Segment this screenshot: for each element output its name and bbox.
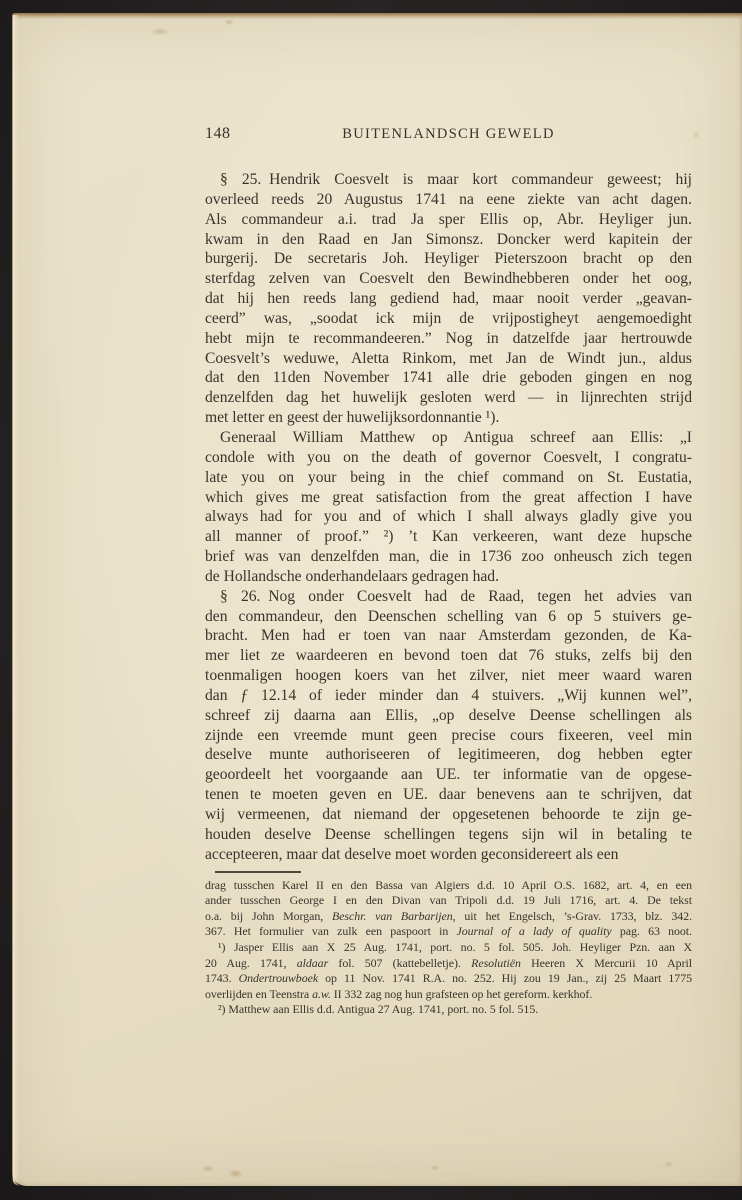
body-text-line: toenmaligen hoogen koers van het zilver,… (205, 666, 692, 686)
text-segment: op 11 Nov. 1741 R.A. no. 252. Hij zou 19… (318, 971, 692, 985)
text-segment: ¹) Jasper Ellis aan X 25 Aug. 1741, port… (218, 940, 692, 954)
footnote-line: ¹) Jasper Ellis aan X 25 Aug. 1741, port… (205, 940, 692, 956)
text-segment: mer liet ze waardeeren en bevond toen da… (205, 647, 692, 664)
text-segment: burgerij. De secretaris Joh. Heyliger Pi… (205, 250, 692, 267)
footnote-separator-rule (215, 871, 301, 873)
body-text-line: brief was van denzelfden man, die in 173… (205, 547, 692, 567)
text-segment: schreef zij daarna aan Ellis, „op deselv… (205, 707, 692, 724)
italic-text: Journal of a lady of quality (457, 924, 612, 938)
text-segment: which gives me great satisfaction from t… (205, 489, 692, 506)
body-text-line: dat hij hen reeds lang gediend had, maar… (205, 289, 692, 309)
text-segment: late you on your being in the chief comm… (205, 469, 692, 486)
body-text-line: § 25. Hendrik Coesvelt is maar kort comm… (205, 170, 692, 190)
body-text-line: houden deselve Deense schellingen tegens… (205, 825, 692, 845)
body-text-line: condole with you on the death of governo… (205, 448, 692, 468)
italic-text: Beschr. van Barbarijen (332, 909, 453, 923)
text-segment: den commandeur, den Deenschen schelling … (205, 608, 692, 625)
running-header-title: BUITENLANDSCH GEWELD (205, 125, 692, 144)
body-text-line: hebt mijn te recommandeeren.” Nog in dat… (205, 329, 692, 349)
body-text-line: all manner of proof.” ²) ’t Kan verkeere… (205, 527, 692, 547)
text-segment: § 25. Hendrik Coesvelt is maar kort comm… (220, 171, 692, 188)
body-text-line: which gives me great satisfaction from t… (205, 488, 692, 508)
text-segment: de Hollandsche onderhandelaars gedragen … (205, 568, 499, 585)
body-text-line: dat den 11den November 1741 alle drie ge… (205, 368, 692, 388)
footnote-line: 1743. Ondertrouwboek op 11 Nov. 1741 R.A… (205, 971, 692, 987)
body-text-line: sterfdag zelven van Coesvelt den Bewindh… (205, 269, 692, 289)
text-segment: brief was van denzelfden man, die in 173… (205, 548, 692, 565)
body-text-line: tenen te moeten geven en UE. daar beneve… (205, 785, 692, 805)
body-text-line: bracht. Men had er toen van naar Amsterd… (205, 626, 692, 646)
text-segment: denzelfden dag het huwelijk gesloten wer… (205, 389, 692, 406)
text-segment: Heeren X Mercurii 10 April (521, 956, 692, 970)
footnote-line: 367. Het formulier van zulk een paspoort… (205, 924, 692, 940)
paper-stain (228, 1169, 243, 1178)
italic-text: Ondertrouwboek (239, 971, 318, 985)
page-deckle-top-edge (12, 13, 742, 19)
text-segment: sterfdag zelven van Coesvelt den Bewindh… (205, 270, 692, 287)
body-text-line: schreef zij daarna aan Ellis, „op deselv… (205, 706, 692, 726)
text-segment: ander tusschen George I en den Divan van… (205, 893, 692, 907)
text-segment: zijnde een vreemde munt geen precise cou… (205, 727, 692, 744)
paper-stain (150, 27, 170, 36)
body-text-line: denzelfden dag het huwelijk gesloten wer… (205, 388, 692, 408)
text-segment: met letter en geest der huwelijksordonna… (205, 409, 499, 426)
text-segment: , uit het Engelsch, ’s-Grav. 1733, blz. … (453, 909, 692, 923)
text-segment: kwam in den Raad en Jan Simonsz. Doncker… (205, 231, 692, 248)
text-segment: ceerd” was, „soodat ick mijn de vrijpost… (205, 310, 692, 327)
text-segment: overlijden en Teenstra (205, 987, 312, 1001)
text-segment: 20 Aug. 1741, (205, 956, 297, 970)
body-text-line: wij vermeenen, dat niemand der opgeseten… (205, 805, 692, 825)
paper-stain (692, 131, 700, 139)
text-segment: Coesvelt’s weduwe, Aletta Rinkom, met Ja… (205, 350, 692, 367)
text-segment: tenen te moeten geven en UE. daar beneve… (205, 786, 692, 803)
text-segment: always had for you and of which I shall … (205, 508, 692, 525)
italic-text: a.w. (312, 987, 331, 1001)
text-segment: toenmaligen hoogen koers van het zilver,… (205, 667, 692, 684)
book-page: 148 BUITENLANDSCH GEWELD § 25. Hendrik C… (12, 13, 742, 1186)
text-segment: hebt mijn te recommandeeren.” Nog in dat… (205, 330, 692, 347)
paper-stain (224, 19, 234, 25)
body-text-line: kwam in den Raad en Jan Simonsz. Doncker… (205, 230, 692, 250)
body-text-line: dan ƒ 12.14 of ieder minder dan 4 stuive… (205, 686, 692, 706)
body-text-line: late you on your being in the chief comm… (205, 468, 692, 488)
text-segment: overleed reeds 20 Augustus 1741 na eene … (205, 191, 692, 208)
footnote-line: 20 Aug. 1741, aldaar fol. 507 (kattebell… (205, 956, 692, 972)
text-segment: ²) Matthew aan Ellis d.d. Antigua 27 Aug… (218, 1002, 538, 1016)
body-text-line: Generaal William Matthew op Antigua schr… (205, 428, 692, 448)
scan-background: { "scan": { "background_color": "#272424… (0, 0, 742, 1200)
footnote-line: drag tusschen Karel II en den Bassa van … (205, 878, 692, 894)
page-header-row: 148 BUITENLANDSCH GEWELD (205, 124, 692, 144)
body-text-line: § 26. Nog onder Coesvelt had de Raad, te… (205, 587, 692, 607)
body-text-line: zijnde een vreemde munt geen precise cou… (205, 726, 692, 746)
body-text-line: burgerij. De secretaris Joh. Heyliger Pi… (205, 249, 692, 269)
text-segment: pag. 63 noot. (612, 924, 692, 938)
footnote-line: ²) Matthew aan Ellis d.d. Antigua 27 Aug… (205, 1002, 692, 1018)
text-segment: deselve munte authoriseeren of legitimee… (205, 746, 692, 763)
text-segment: condole with you on the death of governo… (205, 449, 692, 466)
body-text-line: Als commandeur a.i. trad Ja sper Ellis o… (205, 210, 692, 230)
text-segment: 1743. (205, 971, 239, 985)
paper-stain (202, 1165, 214, 1172)
text-block: 148 BUITENLANDSCH GEWELD § 25. Hendrik C… (205, 124, 692, 1018)
footnote-line: overlijden en Teenstra a.w. II 332 zag n… (205, 987, 692, 1003)
body-text-line: den commandeur, den Deenschen schelling … (205, 607, 692, 627)
text-segment: dat hij hen reeds lang gediend had, maar… (205, 290, 692, 307)
text-segment: dan (205, 687, 240, 704)
body-text-line: accepteeren, maar dat deselve moet worde… (205, 845, 692, 865)
italic-text: aldaar (297, 956, 328, 970)
footnote-line: o.a. bij John Morgan, Beschr. van Barbar… (205, 909, 692, 925)
body-text-line: de Hollandsche onderhandelaars gedragen … (205, 567, 692, 587)
text-segment: fol. 507 (kattebelletje). (328, 956, 471, 970)
body-text-line: Coesvelt’s weduwe, Aletta Rinkom, met Ja… (205, 349, 692, 369)
text-segment: wij vermeenen, dat niemand der opgeseten… (205, 806, 692, 823)
body-text-line: met letter en geest der huwelijksordonna… (205, 408, 692, 428)
text-segment: all manner of proof.” ²) ’t Kan verkeere… (205, 528, 692, 545)
body-text-line: mer liet ze waardeeren en bevond toen da… (205, 646, 692, 666)
text-segment: Generaal William Matthew op Antigua schr… (220, 429, 692, 446)
italic-text: Resolutiën (471, 956, 521, 970)
text-segment: bracht. Men had er toen van naar Amsterd… (205, 627, 692, 644)
footnote-line: ander tusschen George I en den Divan van… (205, 893, 692, 909)
body-text: § 25. Hendrik Coesvelt is maar kort comm… (205, 170, 692, 865)
text-segment: accepteeren, maar dat deselve moet worde… (205, 846, 618, 863)
text-segment: o.a. bij John Morgan, (205, 909, 332, 923)
text-segment: dat den 11den November 1741 alle drie ge… (205, 369, 692, 386)
text-segment: Als commandeur a.i. trad Ja sper Ellis o… (205, 211, 692, 228)
body-text-line: deselve munte authoriseeren of legitimee… (205, 745, 692, 765)
text-segment: II 332 zag nog hun grafsteen op het gere… (331, 987, 592, 1001)
text-segment: drag tusschen Karel II en den Bassa van … (205, 878, 692, 892)
body-text-line: always had for you and of which I shall … (205, 507, 692, 527)
text-segment: geoordeelt het voorgaande aan UE. ter in… (205, 766, 692, 783)
text-segment: § 26. Nog onder Coesvelt had de Raad, te… (220, 588, 692, 605)
paper-stain (430, 1165, 439, 1171)
page-stack-left-edge (12, 15, 20, 1186)
body-text-line: overleed reeds 20 Augustus 1741 na eene … (205, 190, 692, 210)
text-segment: 12.14 of ieder minder dan 4 stuivers. „W… (248, 687, 692, 704)
paper-stain (664, 1161, 674, 1167)
body-text-line: geoordeelt het voorgaande aan UE. ter in… (205, 765, 692, 785)
text-segment: 367. Het formulier van zulk een paspoort… (205, 924, 457, 938)
text-segment: houden deselve Deense schellingen tegens… (205, 826, 692, 843)
body-text-line: ceerd” was, „soodat ick mijn de vrijpost… (205, 309, 692, 329)
footnotes: drag tusschen Karel II en den Bassa van … (205, 878, 692, 1018)
